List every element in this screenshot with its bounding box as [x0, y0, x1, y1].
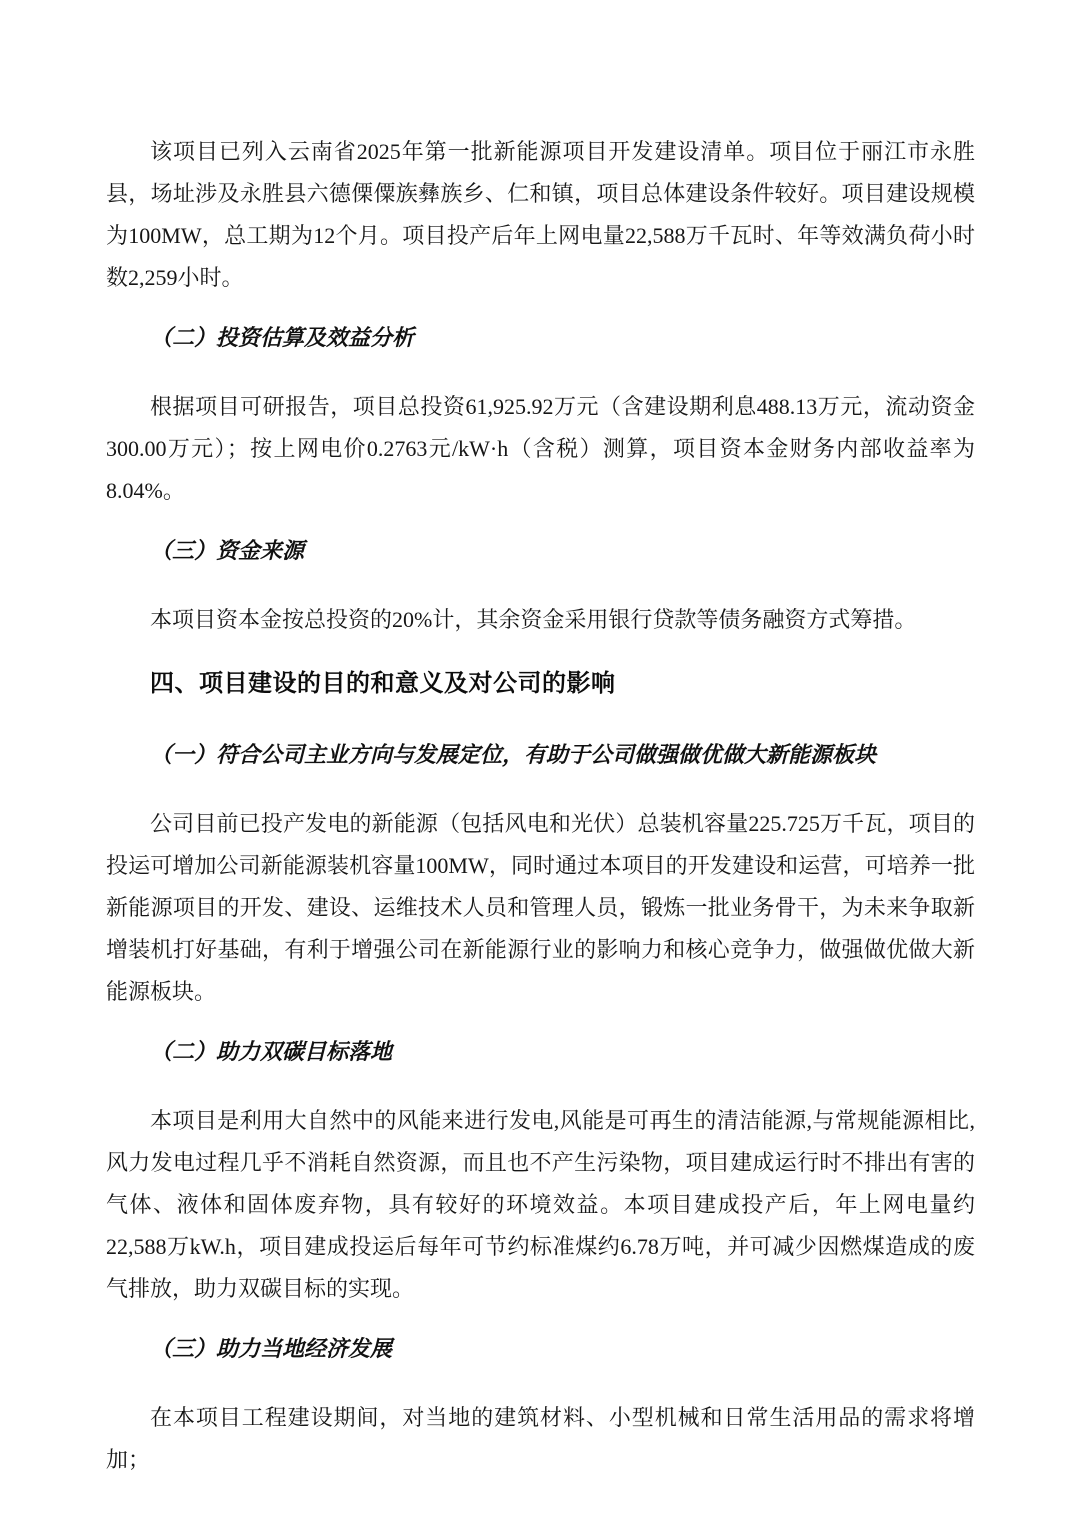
section-heading-investment-estimate: （二）投资估算及效益分析 [106, 317, 975, 359]
paragraph-dual-carbon-details: 本项目是利用大自然中的风能来进行发电,风能是可再生的清洁能源,与常规能源相比,风… [106, 1100, 975, 1310]
document-page: 该项目已列入云南省2025年第一批新能源项目开发建设清单。项目位于丽江市永胜县，… [0, 0, 1080, 1527]
paragraph-investment-details: 根据项目可研报告，项目总投资61,925.92万元（含建设期利息488.13万元… [106, 386, 975, 512]
paragraph-strategic-fit-details: 公司目前已投产发电的新能源（包括风电和光伏）总装机容量225.725万千瓦，项目… [106, 803, 975, 1013]
paragraph-funding-details: 本项目资本金按总投资的20%计，其余资金采用银行贷款等债务融资方式筹措。 [106, 599, 975, 641]
chapter-heading-purpose-and-impact: 四、项目建设的目的和意义及对公司的影响 [106, 663, 975, 705]
section-heading-local-economy: （三）助力当地经济发展 [106, 1328, 975, 1370]
section-heading-dual-carbon-goal: （二）助力双碳目标落地 [106, 1031, 975, 1073]
paragraph-local-economy-details: 在本项目工程建设期间，对当地的建筑材料、小型机械和日常生活用品的需求将增加； [106, 1397, 975, 1481]
section-heading-strategic-fit: （一）符合公司主业方向与发展定位，有助于公司做强做优做大新能源板块 [106, 734, 975, 776]
paragraph-project-overview: 该项目已列入云南省2025年第一批新能源项目开发建设清单。项目位于丽江市永胜县，… [106, 131, 975, 299]
section-heading-funding-source: （三）资金来源 [106, 530, 975, 572]
